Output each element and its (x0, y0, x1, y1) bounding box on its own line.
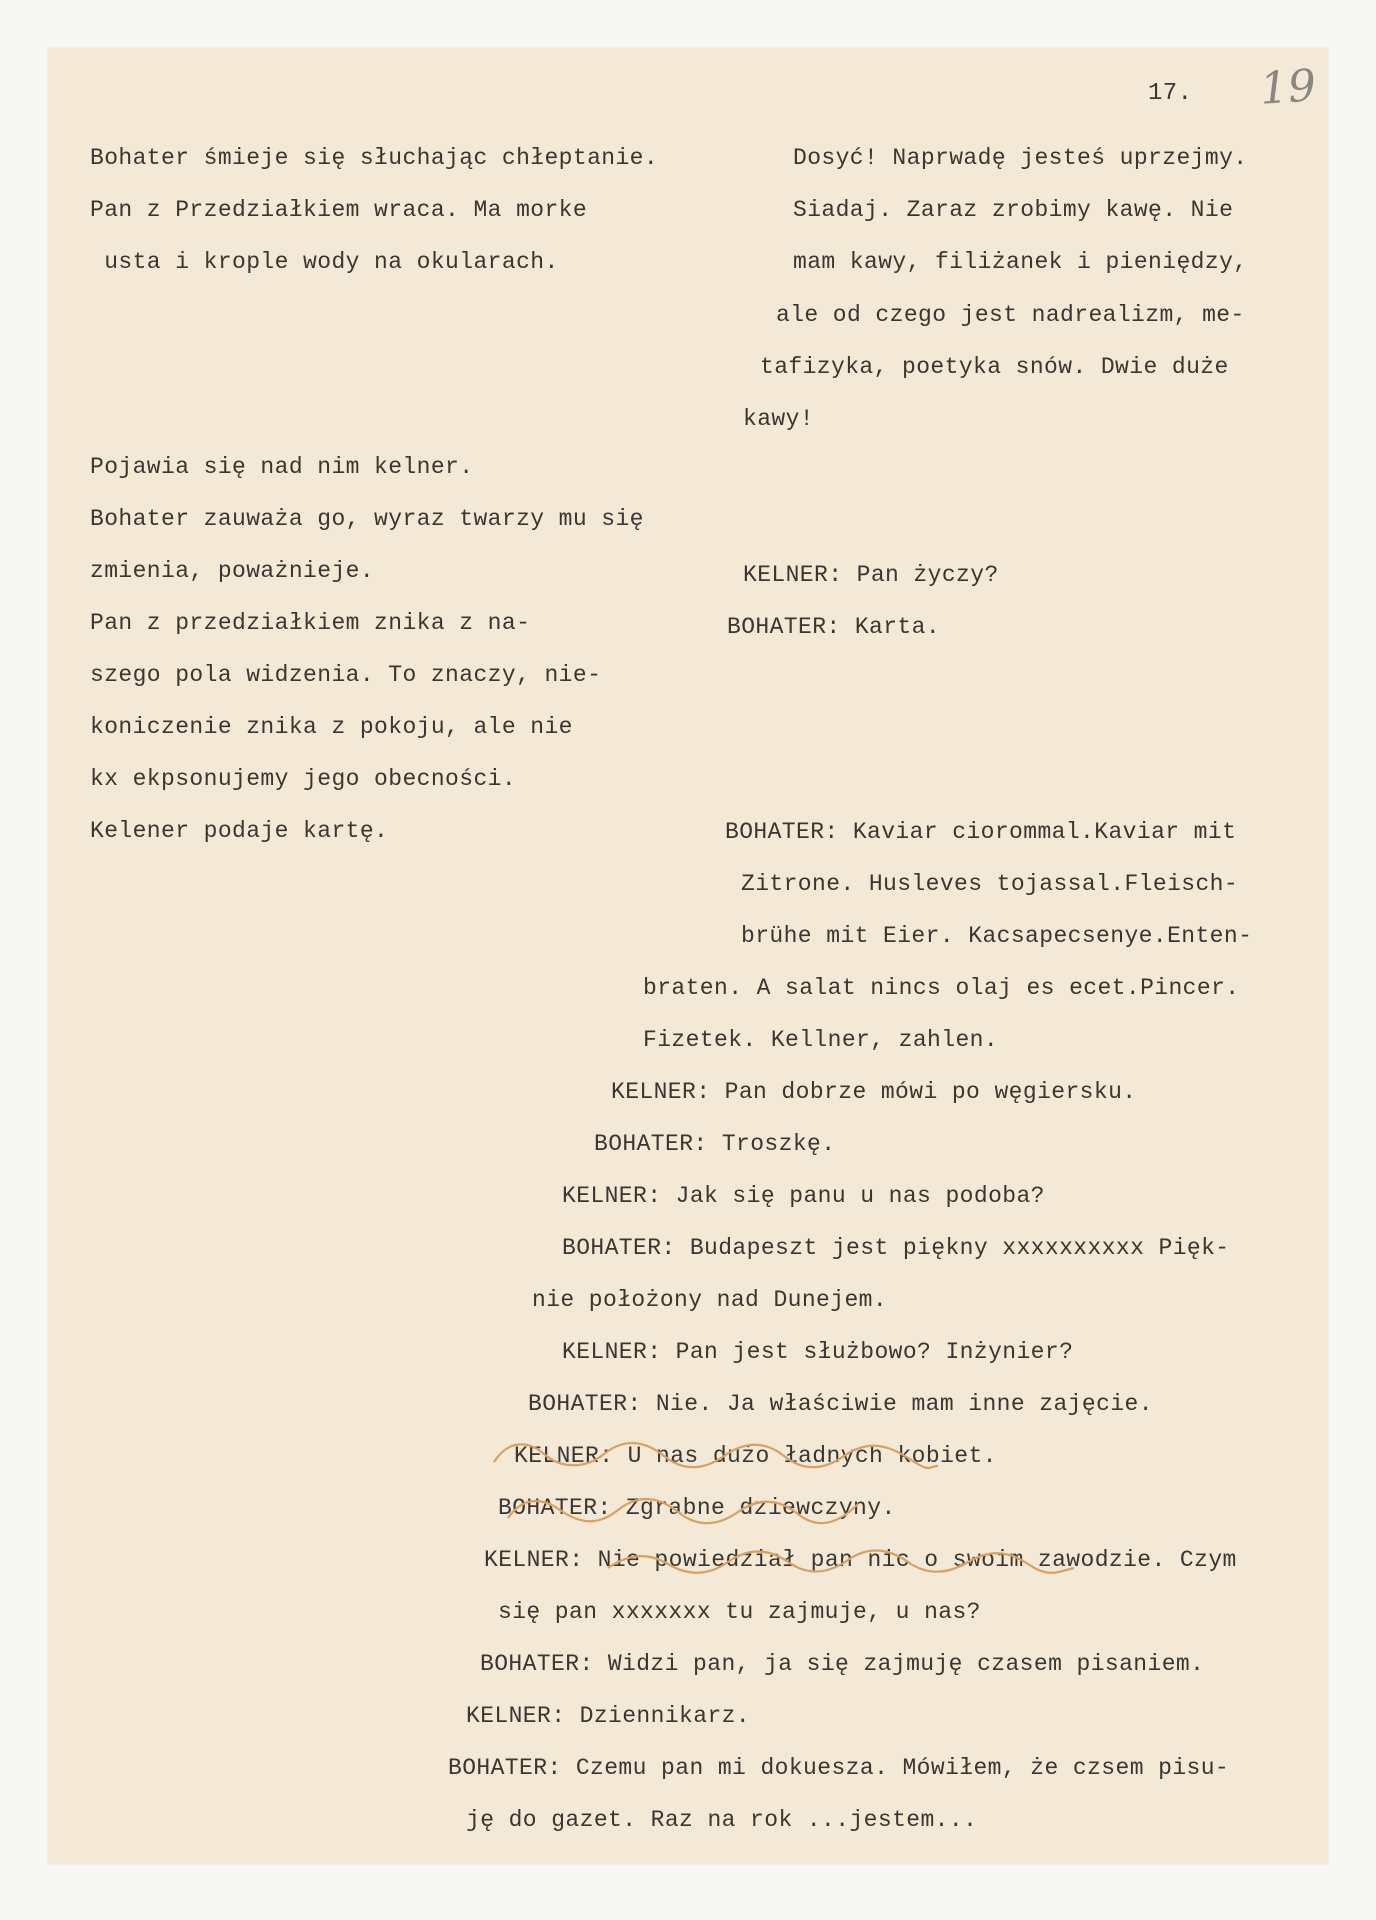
dialogue-line: BOHATER: Zgrabne dziewczyny. (498, 1494, 896, 1522)
left-text-line: usta i krople wody na okularach. (90, 248, 559, 276)
dialogue-line: nie położony nad Dunejem. (532, 1286, 887, 1314)
left-text-line: Pan z przedziałkiem znika z na- (90, 609, 530, 637)
dialogue-line: się pan xxxxxxx tu zajmuje, u nas? (498, 1598, 981, 1626)
right-text-line: Dosyć! Naprwadę jesteś uprzejmy. (793, 144, 1247, 172)
right-text-line: mam kawy, filiżanek i pieniędzy, (793, 248, 1247, 276)
dialogue-line: KELNER: Pan dobrze mówi po węgiersku. (611, 1078, 1136, 1106)
dialogue-line: Zitrone. Husleves tojassal.Fleisch- (741, 870, 1238, 898)
dialogue-line: KELNER: Nie powiedział pan nic o swoim z… (484, 1546, 1237, 1574)
left-text-line: kx ekpsonujemy jego obecności. (90, 765, 516, 793)
dialogue-line: BOHATER: Kaviar ciorommal.Kaviar mit (725, 818, 1236, 846)
dialogue-line: ję do gazet. Raz na rok ...jestem... (466, 1806, 977, 1834)
dialogue-line: brühe mit Eier. Kacsapecsenye.Enten- (741, 922, 1252, 950)
dialogue-line: BOHATER: Karta. (727, 613, 940, 641)
dialogue-line: BOHATER: Widzi pan, ja się zajmuję czase… (480, 1650, 1204, 1678)
typewritten-page: 17. 19 Bohater śmieje się słuchając chłe… (48, 48, 1328, 1864)
left-text-line: Pojawia się nad nim kelner. (90, 453, 473, 481)
right-text-line: Siadaj. Zaraz zrobimy kawę. Nie (793, 196, 1233, 224)
left-text-line: zmienia, poważnieje. (90, 557, 374, 585)
left-text-line: Pan z Przedziałkiem wraca. Ma morke (90, 196, 587, 224)
right-text-line: ale od czego jest nadrealizm, me- (776, 301, 1245, 329)
left-text-line: Kelener podaje kartę. (90, 817, 388, 845)
right-text-line: tafizyka, poetyka snów. Dwie duże (760, 353, 1229, 381)
left-text-line: szego pola widzenia. To znaczy, nie- (90, 661, 601, 689)
dialogue-line: BOHATER: Czemu pan mi dokuesza. Mówiłem,… (448, 1754, 1229, 1782)
dialogue-line: BOHATER: Budapeszt jest piękny xxxxxxxxx… (562, 1234, 1230, 1262)
left-text-line: Bohater śmieje się słuchając chłeptanie. (90, 144, 658, 172)
handwritten-page-number: 19 (1258, 60, 1317, 115)
left-text-line: koniczenie znika z pokoju, ale nie (90, 713, 573, 741)
dialogue-line: KELNER: Jak się panu u nas podoba? (562, 1182, 1045, 1210)
dialogue-line: KELNER: Pan jest służbowo? Inżynier? (562, 1338, 1073, 1366)
dialogue-line: KELNER: U nas dużo ładnych kobiet. (514, 1442, 997, 1470)
dialogue-line: Fizetek. Kellner, zahlen. (643, 1026, 998, 1054)
page-number: 17. (1148, 80, 1192, 108)
left-text-line: Bohater zauważa go, wyraz twarzy mu się (90, 505, 644, 533)
dialogue-line: BOHATER: Nie. Ja właściwie mam inne zaję… (528, 1390, 1153, 1418)
right-text-line: kawy! (743, 405, 814, 433)
dialogue-line: braten. A salat nincs olaj es ecet.Pince… (643, 974, 1240, 1002)
dialogue-line: BOHATER: Troszkę. (594, 1130, 835, 1158)
dialogue-line: KELNER: Pan życzy? (743, 561, 999, 589)
dialogue-line: KELNER: Dziennikarz. (466, 1702, 750, 1730)
